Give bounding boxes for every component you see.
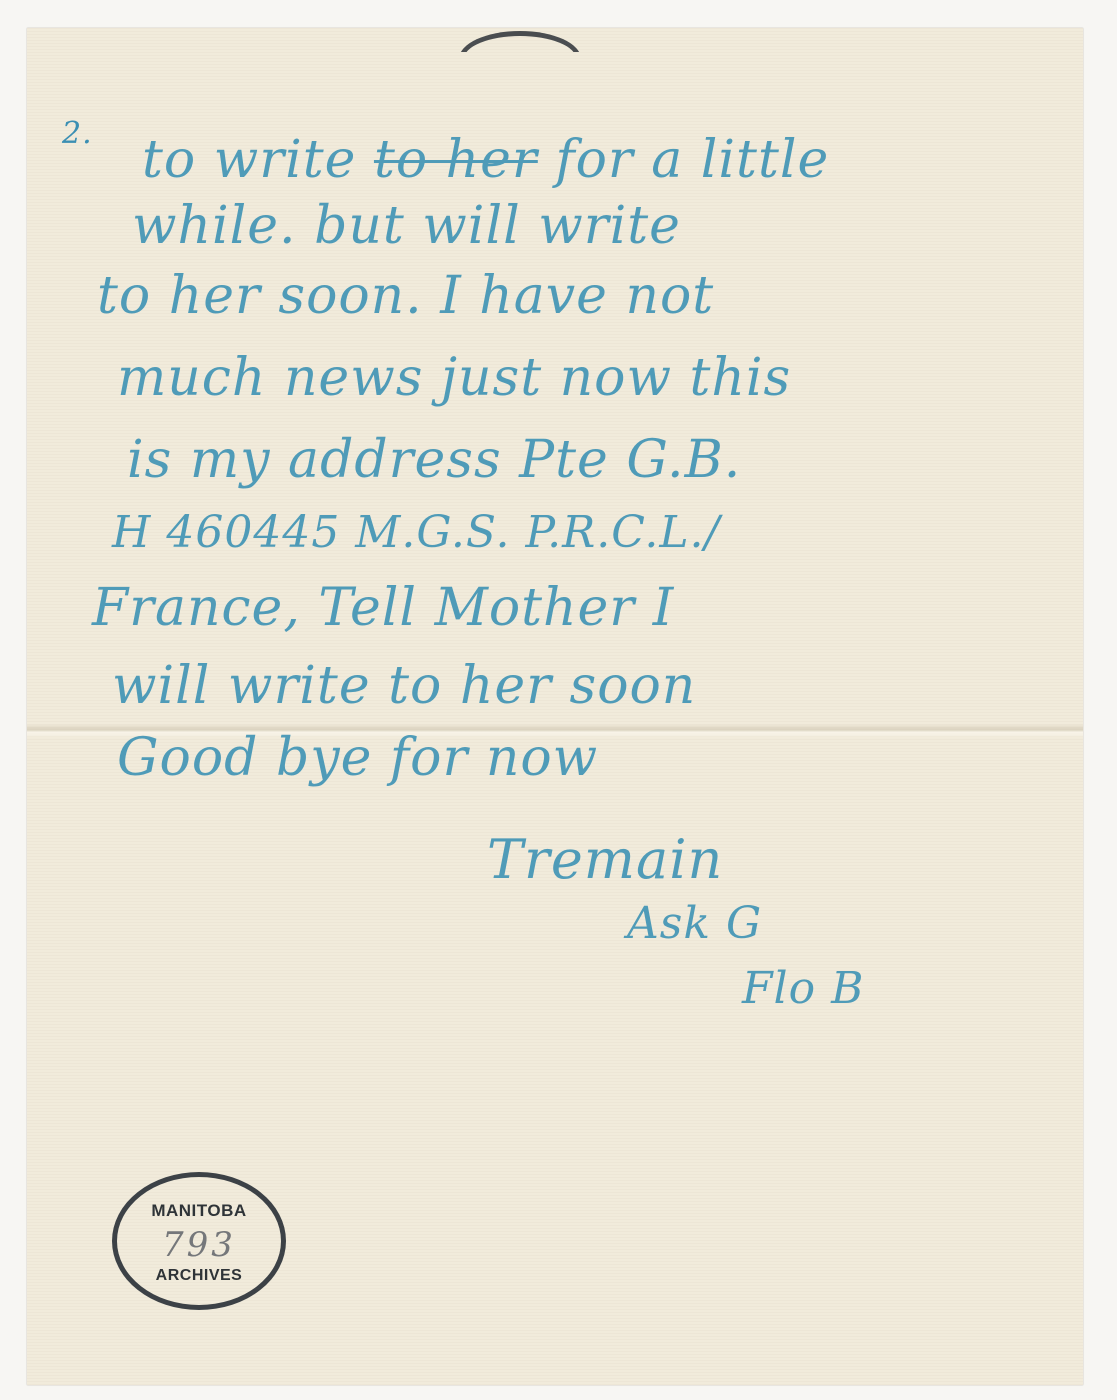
- signature-line-2: Ask G: [627, 898, 762, 949]
- stamp-bottom-text: ARCHIVES: [117, 1267, 281, 1285]
- letter-line-1: to write to her for a little: [142, 130, 829, 190]
- struck-out-text: to her: [374, 130, 538, 190]
- signature-name: Tremain: [487, 828, 723, 891]
- letter-line-1-start: to write: [142, 130, 374, 190]
- partial-stamp-arc: [459, 31, 581, 91]
- letter-line-1-end: for a little: [538, 130, 829, 190]
- letter-line-9-closing: Good bye for now: [117, 728, 598, 788]
- letter-line-8: will write to her soon: [112, 656, 696, 716]
- manitoba-archives-stamp: MANITOBA 793 ARCHIVES: [112, 1172, 286, 1310]
- page-number: 2.: [62, 116, 93, 151]
- stamp-accession-number: 793: [117, 1225, 281, 1265]
- letter-line-2: while. but will write: [132, 196, 681, 256]
- letter-line-7: France, Tell Mother I: [92, 578, 674, 638]
- stamp-top-text: MANITOBA: [117, 1201, 281, 1221]
- letter-line-3: to her soon. I have not: [97, 266, 714, 326]
- letter-line-6-service-number: H 460445 M.G.S. P.R.C.L./: [112, 503, 720, 563]
- letter-page: 2. to write to her for a little while. b…: [27, 28, 1083, 1385]
- letter-line-4: much news just now this: [117, 348, 791, 408]
- letter-line-5: is my address Pte G.B.: [127, 430, 741, 490]
- signature-line-3: Flo B: [742, 963, 864, 1014]
